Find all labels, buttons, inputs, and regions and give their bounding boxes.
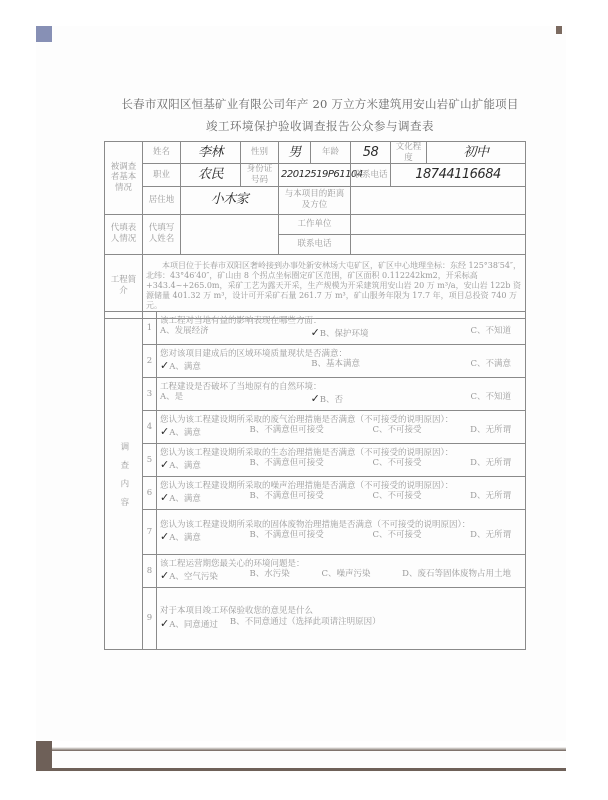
question-cell: 您认为该工程建设期所采取的噪声治理措施是否满意（不可接受的说明原因）：✓A、满意… (157, 477, 526, 510)
question-cell: 对于本项目竣工环保验收您的意见是什么✓A、同意通过B、不同意通过（选择此项请注明… (157, 588, 526, 650)
answer-option[interactable]: ✓A、满意 (160, 491, 201, 505)
survey-section-label-text: 调查内容 (118, 442, 129, 516)
survey-questions-table: 调查内容1该工程对当地有益的影响表现在哪些方面：A、发展经济✓B、保护环境C、不… (104, 311, 526, 650)
gender-field[interactable]: 男 (279, 142, 311, 164)
question-cell: 您认为该工程建设期所采取的生态治理措施是否满意（不可接受的说明原因）：✓A、满意… (157, 444, 526, 477)
answer-option[interactable]: ✓A、空气污染 (160, 569, 218, 583)
name-label: 姓名 (143, 142, 181, 164)
page-bottom-corner (36, 741, 52, 771)
proxy-section-label: 代填表人情况 (105, 214, 143, 254)
question-row: 7您认为该工程建设期所采取的固体废物治理措施是否满意（不可接受的说明原因）：✓A… (105, 510, 526, 555)
checkmark-icon: ✓ (160, 359, 169, 372)
id-label: 身份证号码 (241, 164, 279, 186)
answer-option[interactable]: C、噪声污染 (321, 569, 370, 583)
respondent-section-label: 被调查者基本情况 (105, 142, 143, 215)
gender-label: 性别 (241, 142, 279, 164)
answer-options: ✓A、满意B、不满意但可接受C、不可接受D、无所谓 (160, 491, 523, 505)
question-number: 8 (143, 555, 157, 588)
answer-options: ✓A、满意B、基本满意C、不满意 (160, 359, 523, 373)
page-bottom-shadow (36, 768, 566, 771)
checkmark-icon: ✓ (311, 326, 320, 339)
answer-option[interactable]: A、是 (160, 392, 183, 406)
answer-options: A、是✓B、否C、不知道 (160, 392, 523, 406)
answer-option[interactable]: B、不同意通过（选择此项请注明原因） (230, 617, 381, 631)
question-text: 对于本项目竣工环保验收您的意见是什么 (160, 606, 523, 617)
checkmark-icon: ✓ (160, 458, 169, 471)
question-text: 您认为该工程建设期所采取的固体废物治理措施是否满意（不可接受的说明原因）： (160, 520, 523, 531)
question-number: 1 (143, 312, 157, 345)
answer-option[interactable]: D、无所谓 (470, 530, 511, 544)
question-cell: 该工程运营期您最关心的环境问题是：✓A、空气污染B、水污染C、噪声污染D、废石等… (157, 555, 526, 588)
answer-option[interactable]: D、无所谓 (470, 491, 511, 505)
education-label: 文化程度 (391, 142, 427, 164)
question-number: 2 (143, 345, 157, 378)
proxy-employer-field[interactable] (351, 214, 526, 234)
id-number-field[interactable]: 22012519P61104 (279, 164, 351, 186)
answer-option[interactable]: ✓A、同意通过 (160, 617, 218, 631)
checkmark-icon: ✓ (160, 425, 169, 438)
phone-label: 联系电话 (351, 164, 391, 186)
checkmark-icon: ✓ (160, 530, 169, 543)
scan-corner-mark (556, 26, 562, 34)
occupation-field[interactable]: 农民 (181, 164, 241, 186)
answer-option[interactable]: C、不可接受 (372, 530, 421, 544)
question-number: 5 (143, 444, 157, 477)
checkmark-icon: ✓ (160, 569, 169, 582)
proxy-name-field[interactable] (181, 214, 279, 254)
answer-options: ✓A、空气污染B、水污染C、噪声污染D、废石等固体废物占用土地 (160, 569, 523, 583)
question-row: 调查内容1该工程对当地有益的影响表现在哪些方面：A、发展经济✓B、保护环境C、不… (105, 312, 526, 345)
question-row: 2您对该项目建成后的区域环境质量现状是否满意：✓A、满意B、基本满意C、不满意 (105, 345, 526, 378)
question-row: 6您认为该工程建设期所采取的噪声治理措施是否满意（不可接受的说明原因）：✓A、满… (105, 477, 526, 510)
answer-option[interactable]: D、无所谓 (470, 425, 511, 439)
answer-option[interactable]: C、不满意 (470, 359, 511, 373)
question-row: 3工程建设是否破坏了当地原有的自然环境：A、是✓B、否C、不知道 (105, 378, 526, 411)
checkmark-icon: ✓ (160, 491, 169, 504)
question-cell: 您认为该工程建设期所采取的废气治理措施是否满意（不可接受的说明原因）：✓A、满意… (157, 411, 526, 444)
answer-options: A、发展经济✓B、保护环境C、不知道 (160, 326, 523, 340)
education-field[interactable]: 初中 (427, 142, 526, 164)
age-label: 年龄 (311, 142, 351, 164)
question-row: 9对于本项目竣工环保验收您的意见是什么✓A、同意通过B、不同意通过（选择此项请注… (105, 588, 526, 650)
answer-option[interactable]: B、不满意但可接受 (250, 458, 324, 472)
question-row: 5您认为该工程建设期所采取的生态治理措施是否满意（不可接受的说明原因）：✓A、满… (105, 444, 526, 477)
question-number: 4 (143, 411, 157, 444)
answer-option[interactable]: ✓A、满意 (160, 359, 201, 373)
project-intro-text: 本项目位于长春市双阳区奢岭接到办事处新安林场大屯矿区，矿区中心地理坐标：东经 1… (143, 254, 526, 318)
question-row: 8该工程运营期您最关心的环境问题是：✓A、空气污染B、水污染C、噪声污染D、废石… (105, 555, 526, 588)
age-field[interactable]: 58 (351, 142, 391, 164)
answer-option[interactable]: B、不满意但可接受 (250, 530, 324, 544)
answer-option[interactable]: C、不可接受 (372, 491, 421, 505)
answer-options: ✓A、同意通过B、不同意通过（选择此项请注明原因） (160, 617, 523, 631)
question-text: 您对该项目建成后的区域环境质量现状是否满意： (160, 349, 523, 360)
survey-form-table: 被调查者基本情况 姓名 李林 性别 男 年龄 58 文化程度 初中 职业 农民 … (104, 141, 526, 319)
question-number: 6 (143, 477, 157, 510)
answer-option[interactable]: B、不满意但可接受 (250, 491, 324, 505)
proxy-name-label: 代填写人姓名 (143, 214, 181, 254)
question-cell: 您对该项目建成后的区域环境质量现状是否满意：✓A、满意B、基本满意C、不满意 (157, 345, 526, 378)
answer-option[interactable]: ✓A、满意 (160, 458, 201, 472)
answer-options: ✓A、满意B、不满意但可接受C、不可接受D、无所谓 (160, 530, 523, 544)
answer-option[interactable]: B、基本满意 (311, 359, 360, 373)
project-intro-label: 工程简介 (105, 254, 143, 318)
question-cell: 该工程对当地有益的影响表现在哪些方面：A、发展经济✓B、保护环境C、不知道 (157, 312, 526, 345)
answer-option[interactable]: ✓B、否 (311, 392, 343, 406)
answer-option[interactable]: C、不可接受 (372, 458, 421, 472)
question-text: 该工程运营期您最关心的环境问题是： (160, 559, 523, 570)
question-number: 9 (143, 588, 157, 650)
document-subtitle: 竣工环境保护验收调查报告公众参与调查表 (110, 118, 530, 134)
proxy-employer-label: 工作单位 (279, 214, 351, 234)
answer-option[interactable]: B、水污染 (250, 569, 290, 583)
checkmark-icon: ✓ (160, 617, 169, 630)
answer-option[interactable]: A、发展经济 (160, 326, 209, 340)
answer-option[interactable]: ✓A、满意 (160, 530, 201, 544)
answer-option[interactable]: B、不满意但可接受 (250, 425, 324, 439)
document-title: 长春市双阳区恒基矿业有限公司年产 20 万立方米建筑用安山岩矿山扩能项目 (110, 96, 530, 112)
answer-option[interactable]: ✓B、保护环境 (311, 326, 369, 340)
distance-field[interactable] (351, 186, 526, 214)
residence-label: 居住地 (143, 186, 181, 214)
answer-option[interactable]: ✓A、满意 (160, 425, 201, 439)
residence-field[interactable]: 小木家 (181, 186, 279, 214)
question-text: 您认为该工程建设期所采取的废气治理措施是否满意（不可接受的说明原因）： (160, 415, 523, 426)
scan-corner-mark (36, 26, 52, 42)
answer-option[interactable]: C、不知道 (470, 326, 511, 340)
question-cell: 您认为该工程建设期所采取的固体废物治理措施是否满意（不可接受的说明原因）：✓A、… (157, 510, 526, 555)
answer-option[interactable]: C、不知道 (470, 392, 511, 406)
question-number: 3 (143, 378, 157, 411)
name-field[interactable]: 李林 (181, 142, 241, 164)
answer-option[interactable]: D、无所谓 (470, 458, 511, 472)
question-number: 7 (143, 510, 157, 555)
answer-option[interactable]: D、废石等固体废物占用土地 (402, 569, 511, 583)
answer-options: ✓A、满意B、不满意但可接受C、不可接受D、无所谓 (160, 458, 523, 472)
answer-options: ✓A、满意B、不满意但可接受C、不可接受D、无所谓 (160, 425, 523, 439)
answer-option[interactable]: C、不可接受 (372, 425, 421, 439)
page-bottom-edge (36, 741, 566, 751)
question-text: 您认为该工程建设期所采取的生态治理措施是否满意（不可接受的说明原因）： (160, 448, 523, 459)
occupation-label: 职业 (143, 164, 181, 186)
phone-field[interactable]: 18744116684 (391, 164, 526, 186)
question-cell: 工程建设是否破坏了当地原有的自然环境：A、是✓B、否C、不知道 (157, 378, 526, 411)
checkmark-icon: ✓ (311, 392, 320, 405)
survey-section-label: 调查内容 (105, 312, 143, 650)
proxy-phone-label: 联系电话 (279, 234, 351, 254)
question-row: 4您认为该工程建设期所采取的废气治理措施是否满意（不可接受的说明原因）：✓A、满… (105, 411, 526, 444)
distance-label: 与本项目的距离及方位 (279, 186, 351, 214)
question-text: 工程建设是否破坏了当地原有的自然环境： (160, 382, 523, 393)
proxy-phone-field[interactable] (351, 234, 526, 254)
question-text: 您认为该工程建设期所采取的噪声治理措施是否满意（不可接受的说明原因）： (160, 481, 523, 492)
question-text: 该工程对当地有益的影响表现在哪些方面： (160, 316, 523, 327)
